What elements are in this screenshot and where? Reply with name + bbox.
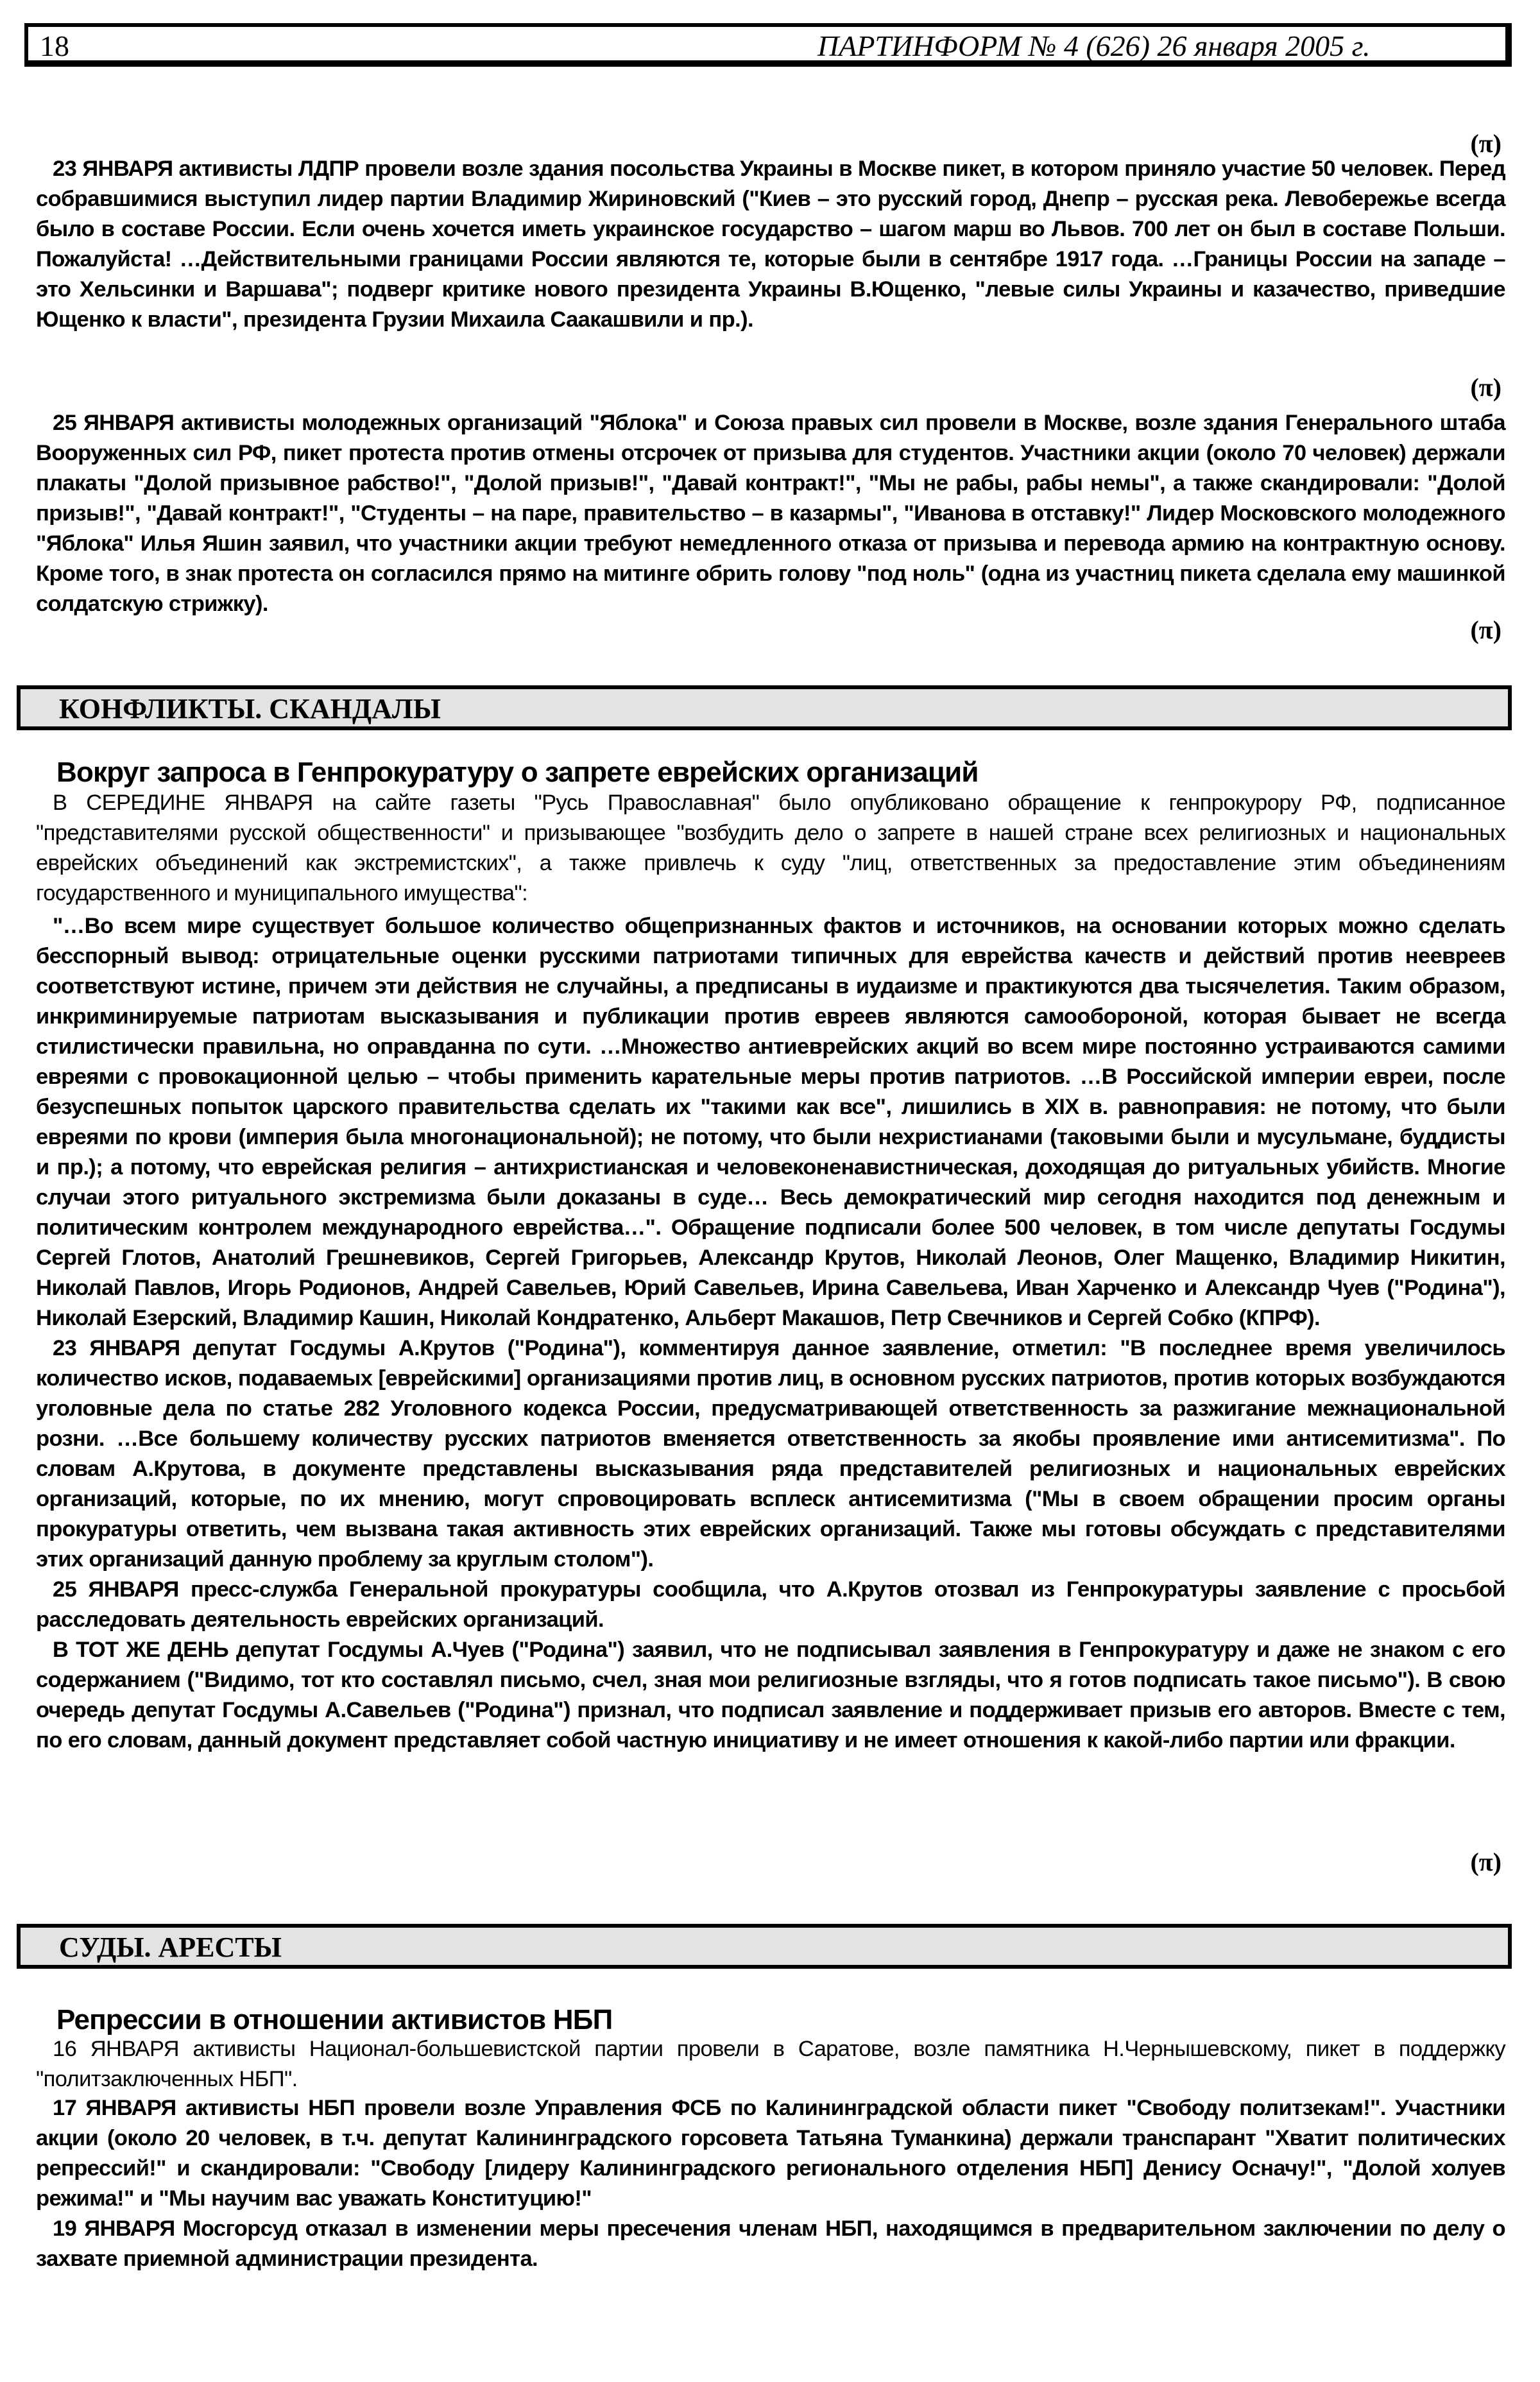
news-item-yabloko: 25 ЯНВАРЯ активисты молодежных организац… (36, 408, 1505, 619)
article-body: 17 ЯНВАРЯ активисты НБП провели возле Уп… (36, 2093, 1505, 2274)
article-title: Репрессии в отношении активистов НБП (56, 2003, 612, 2037)
item-date: 16 ЯНВАРЯ (53, 2037, 179, 2061)
section-bar-courts: СУДЫ. АРЕСТЫ (17, 1924, 1512, 1969)
item-date: В ТОТ ЖЕ ДЕНЬ (53, 1638, 228, 1662)
item-date: В СЕРЕДИНЕ ЯНВАРЯ (53, 791, 313, 815)
item-date: 23 ЯНВАРЯ (53, 157, 173, 181)
section-bar-conflicts: КОНФЛИКТЫ. СКАНДАЛЫ (17, 685, 1512, 730)
source-mark: (π) (1470, 372, 1502, 402)
item-date: 19 ЯНВАРЯ (53, 2216, 175, 2241)
source-mark: (π) (1470, 615, 1502, 645)
item-date: 25 ЯНВАРЯ (53, 1577, 179, 1602)
item-text: активисты ЛДПР провели возле здания посо… (36, 157, 1505, 332)
item-date: 25 ЯНВАРЯ (53, 411, 174, 435)
item-text: активисты НБП провели возле Управления Ф… (36, 2096, 1505, 2211)
item-text: депутат Госдумы А.Чуев ("Родина") заявил… (36, 1638, 1505, 1752)
page-header: 18 ПАРТИНФОРМ № 4 (626) 26 января 2005 г… (24, 23, 1512, 67)
article-intro: В СЕРЕДИНЕ ЯНВАРЯ на сайте газеты "Русь … (36, 788, 1505, 909)
item-text: "…Во всем мире существует большое количе… (36, 914, 1505, 1330)
item-text: депутат Госдумы А.Крутов ("Родина"), ком… (36, 1336, 1505, 1572)
source-mark: (π) (1470, 1847, 1502, 1877)
quote-paragraph: "…Во всем мире существует большое количе… (36, 911, 1505, 1333)
item-text: Мосгорсуд отказал в изменении меры пресе… (36, 2216, 1505, 2271)
news-item-ldpr: 23 ЯНВАРЯ активисты ЛДПР провели возле з… (36, 154, 1505, 335)
item-text: активисты Национал-большевистской партии… (36, 2037, 1505, 2091)
section-title: СУДЫ. АРЕСТЫ (59, 1929, 282, 1966)
page-number: 18 (40, 30, 69, 63)
article-title: Вокруг запроса в Генпрокуратуру о запрет… (56, 756, 979, 789)
article-intro: 16 ЯНВАРЯ активисты Национал-большевистс… (36, 2034, 1505, 2095)
issue-title: ПАРТИНФОРМ № 4 (626) 26 января 2005 г. (817, 30, 1370, 63)
article-body: "…Во всем мире существует большое количе… (36, 911, 1505, 1756)
item-date: 23 ЯНВАРЯ (53, 1336, 180, 1360)
item-text: пресс-служба Генеральной прокуратуры соо… (36, 1577, 1505, 1632)
item-date: 17 ЯНВАРЯ (53, 2096, 176, 2120)
item-text: активисты молодежных организаций "Яблока… (36, 411, 1505, 616)
section-title: КОНФЛИКТЫ. СКАНДАЛЫ (59, 690, 441, 728)
